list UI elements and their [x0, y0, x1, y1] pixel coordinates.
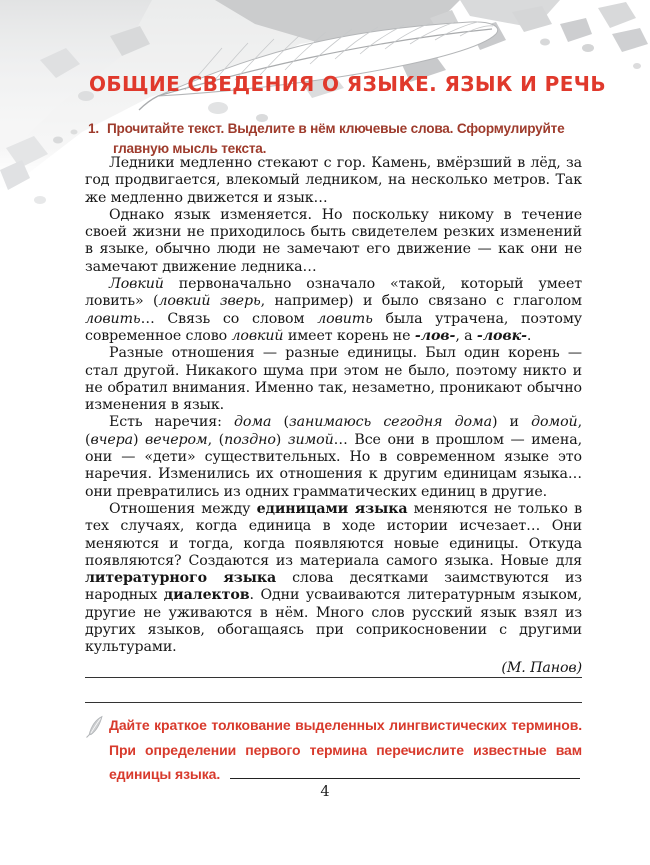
- quill-icon: [85, 715, 104, 738]
- author-attribution: (М. Панов): [85, 660, 582, 677]
- separator-line-bottom: [85, 702, 582, 703]
- separator-line-top: [85, 677, 582, 678]
- paragraph: Ледники медленно стекают с гор. Камень, …: [85, 155, 582, 207]
- task-text: Дайте краткое толкование выделенных линг…: [85, 713, 582, 787]
- textbook-page: ОБЩИЕ СВЕДЕНИЯ О ЯЗЫКЕ. ЯЗЫК И РЕЧЬ 1.Пр…: [0, 0, 650, 865]
- paragraph: Разные отношения — разные единицы. Был о…: [85, 345, 582, 414]
- task-text-content: Дайте краткое толкование выделенных линг…: [109, 717, 582, 782]
- exercise-prompt: 1.Прочитайте текст. Выделите в нём ключе…: [88, 119, 610, 160]
- paragraph: Однако язык изменяется. Но поскольку ник…: [85, 207, 582, 276]
- paragraph: Ловкий первоначально означало «такой, ко…: [85, 276, 582, 345]
- paragraph: Отношения между единицами языка меняются…: [85, 501, 582, 657]
- exercise-number: 1.: [88, 121, 107, 136]
- page-title: ОБЩИЕ СВЕДЕНИЯ О ЯЗЫКЕ. ЯЗЫК И РЕЧЬ: [89, 72, 609, 96]
- answer-blank-line: [230, 775, 580, 779]
- task-block: Дайте краткое толкование выделенных линг…: [85, 713, 582, 787]
- page-number: 4: [0, 784, 650, 800]
- paragraph: Есть наречия: дома (занимаюсь сегодня до…: [85, 414, 582, 500]
- reading-text: Ледники медленно стекают с гор. Камень, …: [85, 155, 582, 677]
- exercise-prompt-text: Прочитайте текст. Выделите в нём ключевы…: [107, 121, 565, 156]
